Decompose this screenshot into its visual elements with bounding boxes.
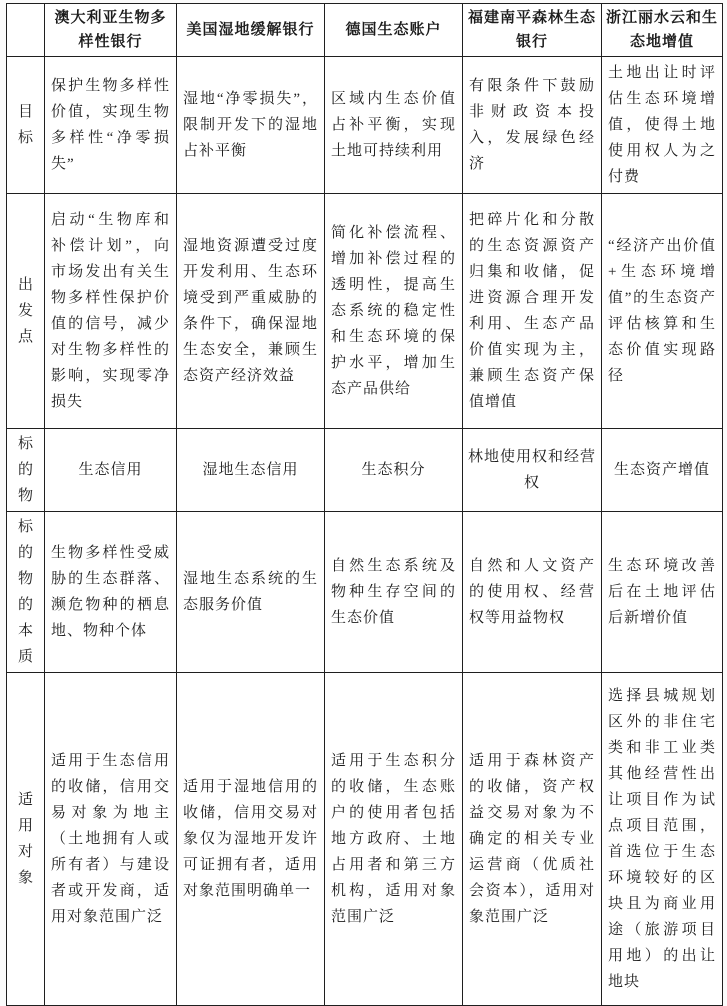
row-label-text: 标的物的本质	[17, 514, 34, 670]
table-cell: 适用于生态信用的收储，信用交易对象为地主（土地拥有人或所有者）与建设者或开发商，…	[45, 673, 177, 1006]
table-cell: 有限条件下鼓励非财政资本投入，发展绿色经济	[463, 57, 602, 194]
col-header-australia-biodiversity-bank: 澳大利亚生物多样性银行	[45, 4, 177, 57]
corner-cell	[7, 4, 45, 57]
table-cell: 生态环境改善后在土地评估后新增价值	[602, 512, 723, 673]
table-cell: 生态资产增值	[602, 429, 723, 512]
table-cell: “经济产出价值+生态环境增值”的生态资产评估核算和生态价值实现路径	[602, 194, 723, 429]
row-label-text: 标的物	[17, 431, 34, 509]
row-label-applicable-objects: 适用对象	[7, 673, 45, 1006]
table-cell: 湿地生态信用	[177, 429, 325, 512]
row-label-subject-essence: 标的物的本质	[7, 512, 45, 673]
table-cell: 选择县城规划区外的非住宅类和非工业类其他经营性出让项目作为试点项目范围，首选位于…	[602, 673, 723, 1006]
row-subject-matter: 标的物 生态信用 湿地生态信用 生态积分 林地使用权和经营权 生态资产增值	[7, 429, 723, 512]
row-applicable-objects: 适用对象 适用于生态信用的收储，信用交易对象为地主（土地拥有人或所有者）与建设者…	[7, 673, 723, 1006]
table-cell: 简化补偿流程、增加补偿过程的透明性，提高生态系统的稳定性和生态环境的保护水平，增…	[325, 194, 463, 429]
row-goal: 目标 保护生物多样性价值，实现生物多样性“净零损失” 湿地“净零损失”，限制开发…	[7, 57, 723, 194]
table-cell: 林地使用权和经营权	[463, 429, 602, 512]
table-cell: 适用于湿地信用的收储，信用交易对象仅为湿地开发许可证拥有者，适用对象范围明确单一	[177, 673, 325, 1006]
table-cell: 启动“生物库和补偿计划”，向市场发出有关生物多样性保护价值的信号，减少对生物多样…	[45, 194, 177, 429]
eco-bank-comparison-table: 澳大利亚生物多样性银行 美国湿地缓解银行 德国生态账户 福建南平森林生态银行 浙…	[6, 3, 723, 1006]
header-row: 澳大利亚生物多样性银行 美国湿地缓解银行 德国生态账户 福建南平森林生态银行 浙…	[7, 4, 723, 57]
row-label-starting-point: 出发点	[7, 194, 45, 429]
table-cell: 把碎片化和分散的生态资源资产归集和收储，促进资源合理开发利用、生态产品价值实现为…	[463, 194, 602, 429]
table-cell: 保护生物多样性价值，实现生物多样性“净零损失”	[45, 57, 177, 194]
table-cell: 自然生态系统及物种生存空间的生态价值	[325, 512, 463, 673]
col-header-us-wetland-mitigation-bank: 美国湿地缓解银行	[177, 4, 325, 57]
row-subject-essence: 标的物的本质 生物多样性受威胁的生态群落、濒危物种的栖息地、物种个体 湿地生态系…	[7, 512, 723, 673]
table-cell: 生物多样性受威胁的生态群落、濒危物种的栖息地、物种个体	[45, 512, 177, 673]
row-label-subject-matter: 标的物	[7, 429, 45, 512]
col-header-germany-eco-account: 德国生态账户	[325, 4, 463, 57]
row-label-text: 目标	[17, 99, 34, 151]
table-cell: 自然和人文资产的使用权、经营权等用益物权	[463, 512, 602, 673]
row-label-goal: 目标	[7, 57, 45, 194]
table-cell: 湿地生态系统的生态服务价值	[177, 512, 325, 673]
table-cell: 湿地“净零损失”，限制开发下的湿地占补平衡	[177, 57, 325, 194]
table-cell: 土地出让时评估生态环境增值，使得土地使用权人为之付费	[602, 57, 723, 194]
table-cell: 适用于森林资产的收储，资产权益交易对象为不确定的相关专业运营商（优质社会资本），…	[463, 673, 602, 1006]
row-label-text: 适用对象	[17, 787, 34, 891]
row-starting-point: 出发点 启动“生物库和补偿计划”，向市场发出有关生物多样性保护价值的信号，减少对…	[7, 194, 723, 429]
col-header-fujian-nanping-forest-eco-bank: 福建南平森林生态银行	[463, 4, 602, 57]
table-cell: 生态积分	[325, 429, 463, 512]
row-label-text: 出发点	[17, 272, 34, 350]
table-cell: 湿地资源遭受过度开发利用、生态环境受到严重威胁的条件下，确保湿地生态安全，兼顾生…	[177, 194, 325, 429]
table-cell: 区域内生态价值占补平衡，实现土地可持续利用	[325, 57, 463, 194]
col-header-zhejiang-lishui-yunhe-eco-land-increment: 浙江丽水云和生态地增值	[602, 4, 723, 57]
table-cell: 生态信用	[45, 429, 177, 512]
table-cell: 适用于生态积分的收储，生态账户的使用者包括地方政府、土地占用者和第三方机构，适用…	[325, 673, 463, 1006]
